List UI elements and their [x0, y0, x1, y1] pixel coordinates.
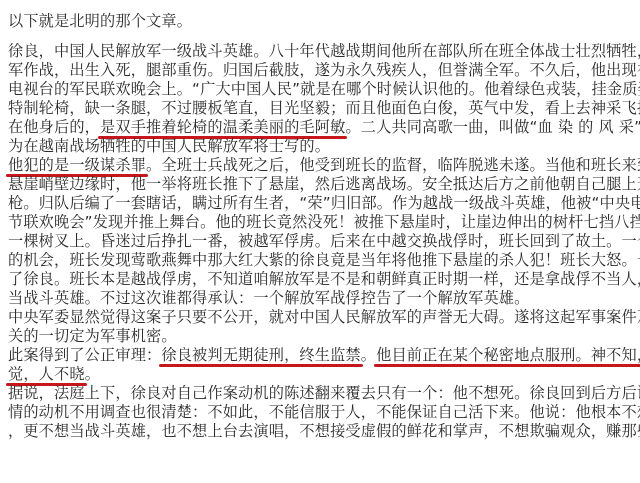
text-span: 了徐良。班长本是越战俘虏，不知道咱解放军是不是和朝鲜真正时期一样，还是拿战俘不当…	[8, 270, 640, 288]
article-line: 为在越南战场牺牲的中国人民解放军将士写的。	[8, 137, 330, 156]
text-span: 军作战，出生入死，腿部重伤。归国后截肢，遂为永久残疾人，但誉满全军。不久后，他出…	[8, 61, 640, 79]
article-line: 的机会，班长发现莺歌燕舞中那大红大紫的徐良竟是当年将他推下悬崖的杀人犯！班长大怒…	[8, 251, 640, 270]
text-span: 为在越南战场牺牲的中国人民解放军将士写的。	[8, 137, 330, 155]
text-span: 关的一切定为军事机密。	[8, 327, 177, 345]
text-span: 据说，法庭上下，徐良对自己作案动机的陈述翻来覆去只有一个：他不想死。徐良回到后方…	[8, 384, 640, 402]
text-span: 悬崖峭壁边缘时，他一举将班长推下了悬崖，然后逃离战场。安全抵达后方之前他朝自己腿…	[8, 175, 640, 193]
article-line: 觉，人不晓。	[8, 365, 100, 384]
article-line: 特制轮椅，缺一条腿，不过腰板笔直，目光坚毅；而且他面色白俊，英气中发，看上去神采…	[8, 99, 640, 118]
article-line: 据说，法庭上下，徐良对自己作案动机的陈述翻来覆去只有一个：他不想死。徐良回到后方…	[8, 384, 640, 403]
article-line: 军作战，出生入死，腿部重伤。归国后截肢，遂为永久残疾人，但誉满全军。不久后，他出…	[8, 61, 640, 80]
text-span: 节联欢晚会”发现并推上舞台。他的班长竟然没死！被推下悬崖时，让崖边伸出的树杆七挡…	[8, 213, 640, 231]
text-span: ，更不想当战斗英雄，也不想上台去演唱，不想接受虚假的鲜花和掌声，不想欺骗观众，赚…	[8, 422, 640, 440]
article-line: 关的一切定为军事机密。	[8, 327, 177, 346]
red-underline-annotation	[159, 364, 362, 367]
article-line: 悬崖峭壁边缘时，他一举将班长推下了悬崖，然后逃离战场。安全抵达后方之前他朝自己腿…	[8, 175, 640, 194]
text-span: 。	[361, 346, 376, 364]
text-span: 在他身后的，	[8, 118, 100, 136]
article-line: ，更不想当战斗英雄，也不想上台去演唱，不想接受虚假的鲜花和掌声，不想欺骗观众，赚…	[8, 422, 640, 441]
article-line: 节联欢晚会”发现并推上舞台。他的班长竟然没死！被推下悬崖时，让崖边伸出的树杆七挡…	[8, 213, 640, 232]
highlighted-phrase: 觉，人不晓	[8, 365, 85, 383]
article-line: 中央军委显然觉得这案子只要不公开，就对中国人民解放军的声誉无大碍。遂将这起军事案…	[8, 308, 640, 327]
highlighted-phrase: 他目前正在某个秘密地点服刑。神不知，鬼不	[376, 346, 640, 364]
article-line: 此案得到了公正审理：徐良被判无期徒刑，终生监禁。他目前正在某个秘密地点服刑。神不…	[8, 346, 640, 365]
text-span: 特制轮椅，缺一条腿，不过腰板笔直，目光坚毅；而且他面色白俊，英气中发，看上去神采…	[8, 99, 640, 117]
article-page: 以下就是北明的那个文章。 徐良，中国人民解放军一级战斗英雄。八十年代越战期间他所…	[0, 0, 640, 483]
article-line: 情的动机不用调查也很清楚：不如此，不能信服于人，不能保证自己活下来。他说：他根本…	[8, 403, 640, 422]
text-span: 电视台的军民联欢晚会上。“广大中国人民”就是在哪个时候认识他的。他着绿色戎装，挂…	[8, 80, 640, 98]
text-span: 枪。归队后编了一套瞎话，瞒过所有生者，“荣”归旧部。作为越战一级战斗英雄，他被“…	[8, 194, 640, 212]
text-span: 中央军委显然觉得这案子只要不公开，就对中国人民解放军的声誉无大碍。遂将这起军事案…	[8, 308, 640, 326]
highlighted-phrase: 是双手推着轮椅的温柔美丽的毛阿敏	[100, 118, 345, 136]
text-span: 。	[85, 365, 100, 383]
article-line: 在他身后的，是双手推着轮椅的温柔美丽的毛阿敏。二人共同高歌一曲，叫做“血 染 的…	[8, 118, 640, 137]
article-line: 当战斗英雄。不过这次谁都得承认：一个解放军战俘控告了一个解放军英雄。	[8, 289, 529, 308]
intro-line: 以下就是北明的那个文章。	[8, 12, 192, 31]
text-span: 一棵树叉上。昏迷过后挣扎一番，被越军俘虏。后来在中越交换战俘时，班长回到了故土。…	[8, 232, 640, 250]
article-line: 一棵树叉上。昏迷过后挣扎一番，被越军俘虏。后来在中越交换战俘时，班长回到了故土。…	[8, 232, 640, 251]
text-span: 。二人共同高歌一曲，叫做“血 染 的 风 采”。这歌是	[345, 118, 640, 136]
highlighted-phrase: 他犯的是一级谋杀罪	[8, 156, 146, 174]
article-line: 电视台的军民联欢晚会上。“广大中国人民”就是在哪个时候认识他的。他着绿色戎装，挂…	[8, 80, 640, 99]
text-span: 的机会，班长发现莺歌燕舞中那大红大紫的徐良竟是当年将他推下悬崖的杀人犯！班长大怒…	[8, 251, 640, 269]
article-line: 徐良，中国人民解放军一级战斗英雄。八十年代越战期间他所在部队所在班全体战士壮烈牺…	[8, 42, 640, 61]
text-span: 徐良，中国人民解放军一级战斗英雄。八十年代越战期间他所在部队所在班全体战士壮烈牺…	[8, 42, 640, 60]
article-line: 枪。归队后编了一套瞎话，瞒过所有生者，“荣”归旧部。作为越战一级战斗英雄，他被“…	[8, 194, 640, 213]
text-span: 当战斗英雄。不过这次谁都得承认：一个解放军战俘控告了一个解放军英雄。	[8, 289, 529, 307]
red-underline-annotation	[374, 364, 640, 367]
text-span: 情的动机不用调查也很清楚：不如此，不能信服于人，不能保证自己活下来。他说：他根本…	[8, 403, 640, 421]
text-span: 。全班士兵战死之后，他受到班长的监督，临阵脱逃未遂。当他和班长来到一个	[146, 156, 640, 174]
article-line: 他犯的是一级谋杀罪。全班士兵战死之后，他受到班长的监督，临阵脱逃未遂。当他和班长…	[8, 156, 640, 175]
text-span: 此案得到了公正审理：	[8, 346, 161, 364]
article-line: 了徐良。班长本是越战俘虏，不知道咱解放军是不是和朝鲜真正时期一样，还是拿战俘不当…	[8, 270, 640, 289]
highlighted-phrase: 徐良被判无期徒刑，终生监禁	[161, 346, 360, 364]
